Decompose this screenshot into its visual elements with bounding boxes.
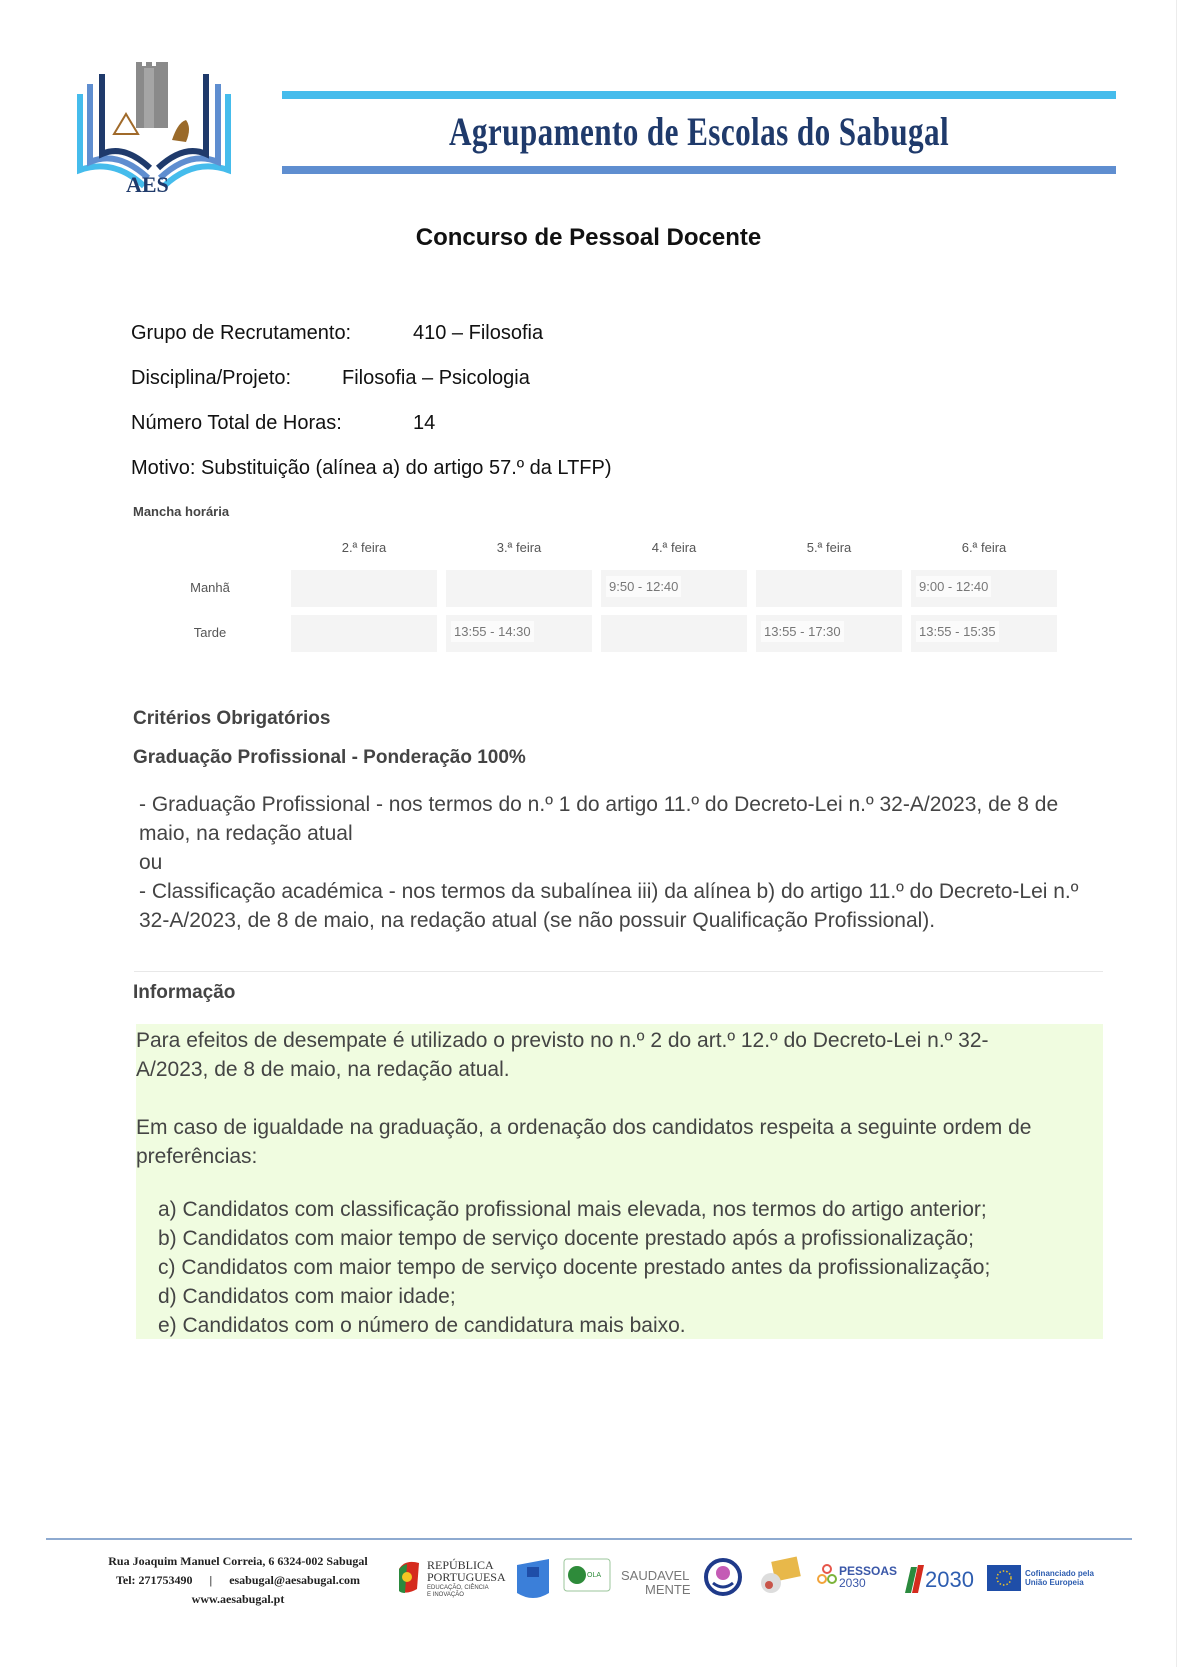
eu-flag-icon — [987, 1565, 1021, 1591]
pessoas-icon — [817, 1563, 837, 1593]
criteria-subheading: Graduação Profissional - Ponderação 100% — [133, 747, 526, 769]
schedule-cell: 9:50 - 12:40 — [601, 570, 747, 607]
field-motivo: Motivo: Substituição (alínea a) do artig… — [131, 457, 612, 480]
day-header: 2.ª feira — [291, 540, 437, 555]
day-header: 4.ª feira — [601, 540, 747, 555]
section-divider — [134, 971, 1103, 972]
day-header: 6.ª feira — [911, 540, 1057, 555]
field-label: Grupo de Recrutamento: — [131, 322, 351, 344]
field-total-horas: Número Total de Horas: 14 — [131, 412, 342, 435]
schedule-title: Mancha horária — [133, 504, 229, 519]
criteria-line: - Graduação Profissional - nos termos do… — [139, 790, 1089, 848]
email-link[interactable]: esabugal@aesabugal.com — [229, 1573, 360, 1587]
contact-line: Tel: 271753490 | esabugal@aesabugal.com — [70, 1571, 406, 1590]
list-item: d) Candidatos com maior idade; — [158, 1282, 990, 1311]
document-title: Concurso de Pessoal Docente — [0, 224, 1177, 252]
svg-text:OLA: OLA — [587, 1572, 601, 1579]
eu-cofinanced-logo: Cofinanciado pelaUnião Europeia — [987, 1555, 1099, 1605]
schedule-cell — [291, 570, 437, 607]
website-link[interactable]: www.aesabugal.pt — [70, 1590, 406, 1609]
escola-saudavel-logo-icon: OLA — [563, 1555, 611, 1605]
information-paragraph: Para efeitos de desempate é utilizado o … — [136, 1026, 1036, 1084]
time-slot: 9:00 - 12:40 — [916, 576, 991, 597]
tiebreak-list: a) Candidatos com classificação profissi… — [158, 1195, 990, 1340]
header-bar-bottom — [282, 166, 1116, 174]
information-box: Para efeitos de desempate é utilizado o … — [136, 1024, 1103, 1339]
field-label: Número Total de Horas: — [131, 412, 342, 434]
svg-text:AES: AES — [126, 172, 169, 197]
field-disciplina: Disciplina/Projeto: Filosofia – Psicolog… — [131, 367, 291, 390]
schedule-cell: 13:55 - 14:30 — [446, 615, 592, 652]
time-slot: 13:55 - 17:30 — [761, 621, 844, 642]
list-item: e) Candidatos com o número de candidatur… — [158, 1311, 990, 1340]
information-paragraph: Em caso de igualdade na graduação, a ord… — [136, 1113, 1076, 1171]
saudavel-mente-logo: SAUDAVEL MENTE — [621, 1555, 691, 1605]
criteria-line: ou — [139, 848, 1089, 877]
promotora-saude-logo-icon — [703, 1555, 743, 1605]
schedule-cell — [601, 615, 747, 652]
schedule-cell — [291, 615, 437, 652]
footer-divider — [46, 1538, 1132, 1540]
escola-sustentavel-logo-icon — [755, 1555, 803, 1605]
period-label: Tarde — [150, 625, 270, 640]
field-label: Disciplina/Projeto: — [131, 367, 291, 389]
pessoas-2030-logo: PESSOAS 2030 — [817, 1555, 891, 1605]
republica-portuguesa-logo: REPÚBLICAPORTUGUESA EDUCAÇÃO, CIÊNCIAE I… — [395, 1555, 525, 1605]
portugal-flag-icon — [395, 1559, 423, 1599]
period-label: Manhã — [150, 580, 270, 595]
portugal-2030-logo: 2030 — [903, 1555, 977, 1605]
schedule-cell: 13:55 - 17:30 — [756, 615, 902, 652]
header-bar-top — [282, 91, 1116, 99]
school-name: Agrupamento de Escolas do Sabugal — [374, 108, 1025, 155]
list-item: c) Candidatos com maior tempo de serviço… — [158, 1253, 990, 1282]
criteria-heading: Critérios Obrigatórios — [133, 708, 330, 730]
criteria-text: - Graduação Profissional - nos termos do… — [139, 790, 1089, 935]
schedule-cell — [446, 570, 592, 607]
footer-address: Rua Joaquim Manuel Correia, 6 6324-002 S… — [70, 1552, 406, 1609]
school-logo-icon: AES — [74, 62, 234, 198]
list-item: a) Candidatos com classificação profissi… — [158, 1195, 990, 1224]
phone: Tel: 271753490 — [116, 1573, 193, 1587]
address-line: Rua Joaquim Manuel Correia, 6 6324-002 S… — [70, 1552, 406, 1571]
field-value: Filosofia – Psicologia — [342, 367, 530, 390]
criteria-line: - Classificação académica - nos termos d… — [139, 877, 1089, 935]
time-slot: 9:50 - 12:40 — [606, 576, 681, 597]
day-header: 5.ª feira — [756, 540, 902, 555]
list-item: b) Candidatos com maior tempo de serviço… — [158, 1224, 990, 1253]
field-value: 410 – Filosofia — [413, 322, 543, 345]
schedule-cell — [756, 570, 902, 607]
information-heading: Informação — [133, 982, 235, 1004]
time-slot: 13:55 - 15:35 — [916, 621, 999, 642]
erasmus-logo-icon — [513, 1555, 553, 1605]
time-slot: 13:55 - 14:30 — [451, 621, 534, 642]
schedule-cell: 9:00 - 12:40 — [911, 570, 1057, 607]
schedule-cell: 13:55 - 15:35 — [911, 615, 1057, 652]
day-header: 3.ª feira — [446, 540, 592, 555]
field-value: 14 — [413, 412, 435, 435]
field-grupo-recrutamento: Grupo de Recrutamento: 410 – Filosofia — [131, 322, 351, 345]
portugal-2030-icon — [903, 1563, 925, 1595]
